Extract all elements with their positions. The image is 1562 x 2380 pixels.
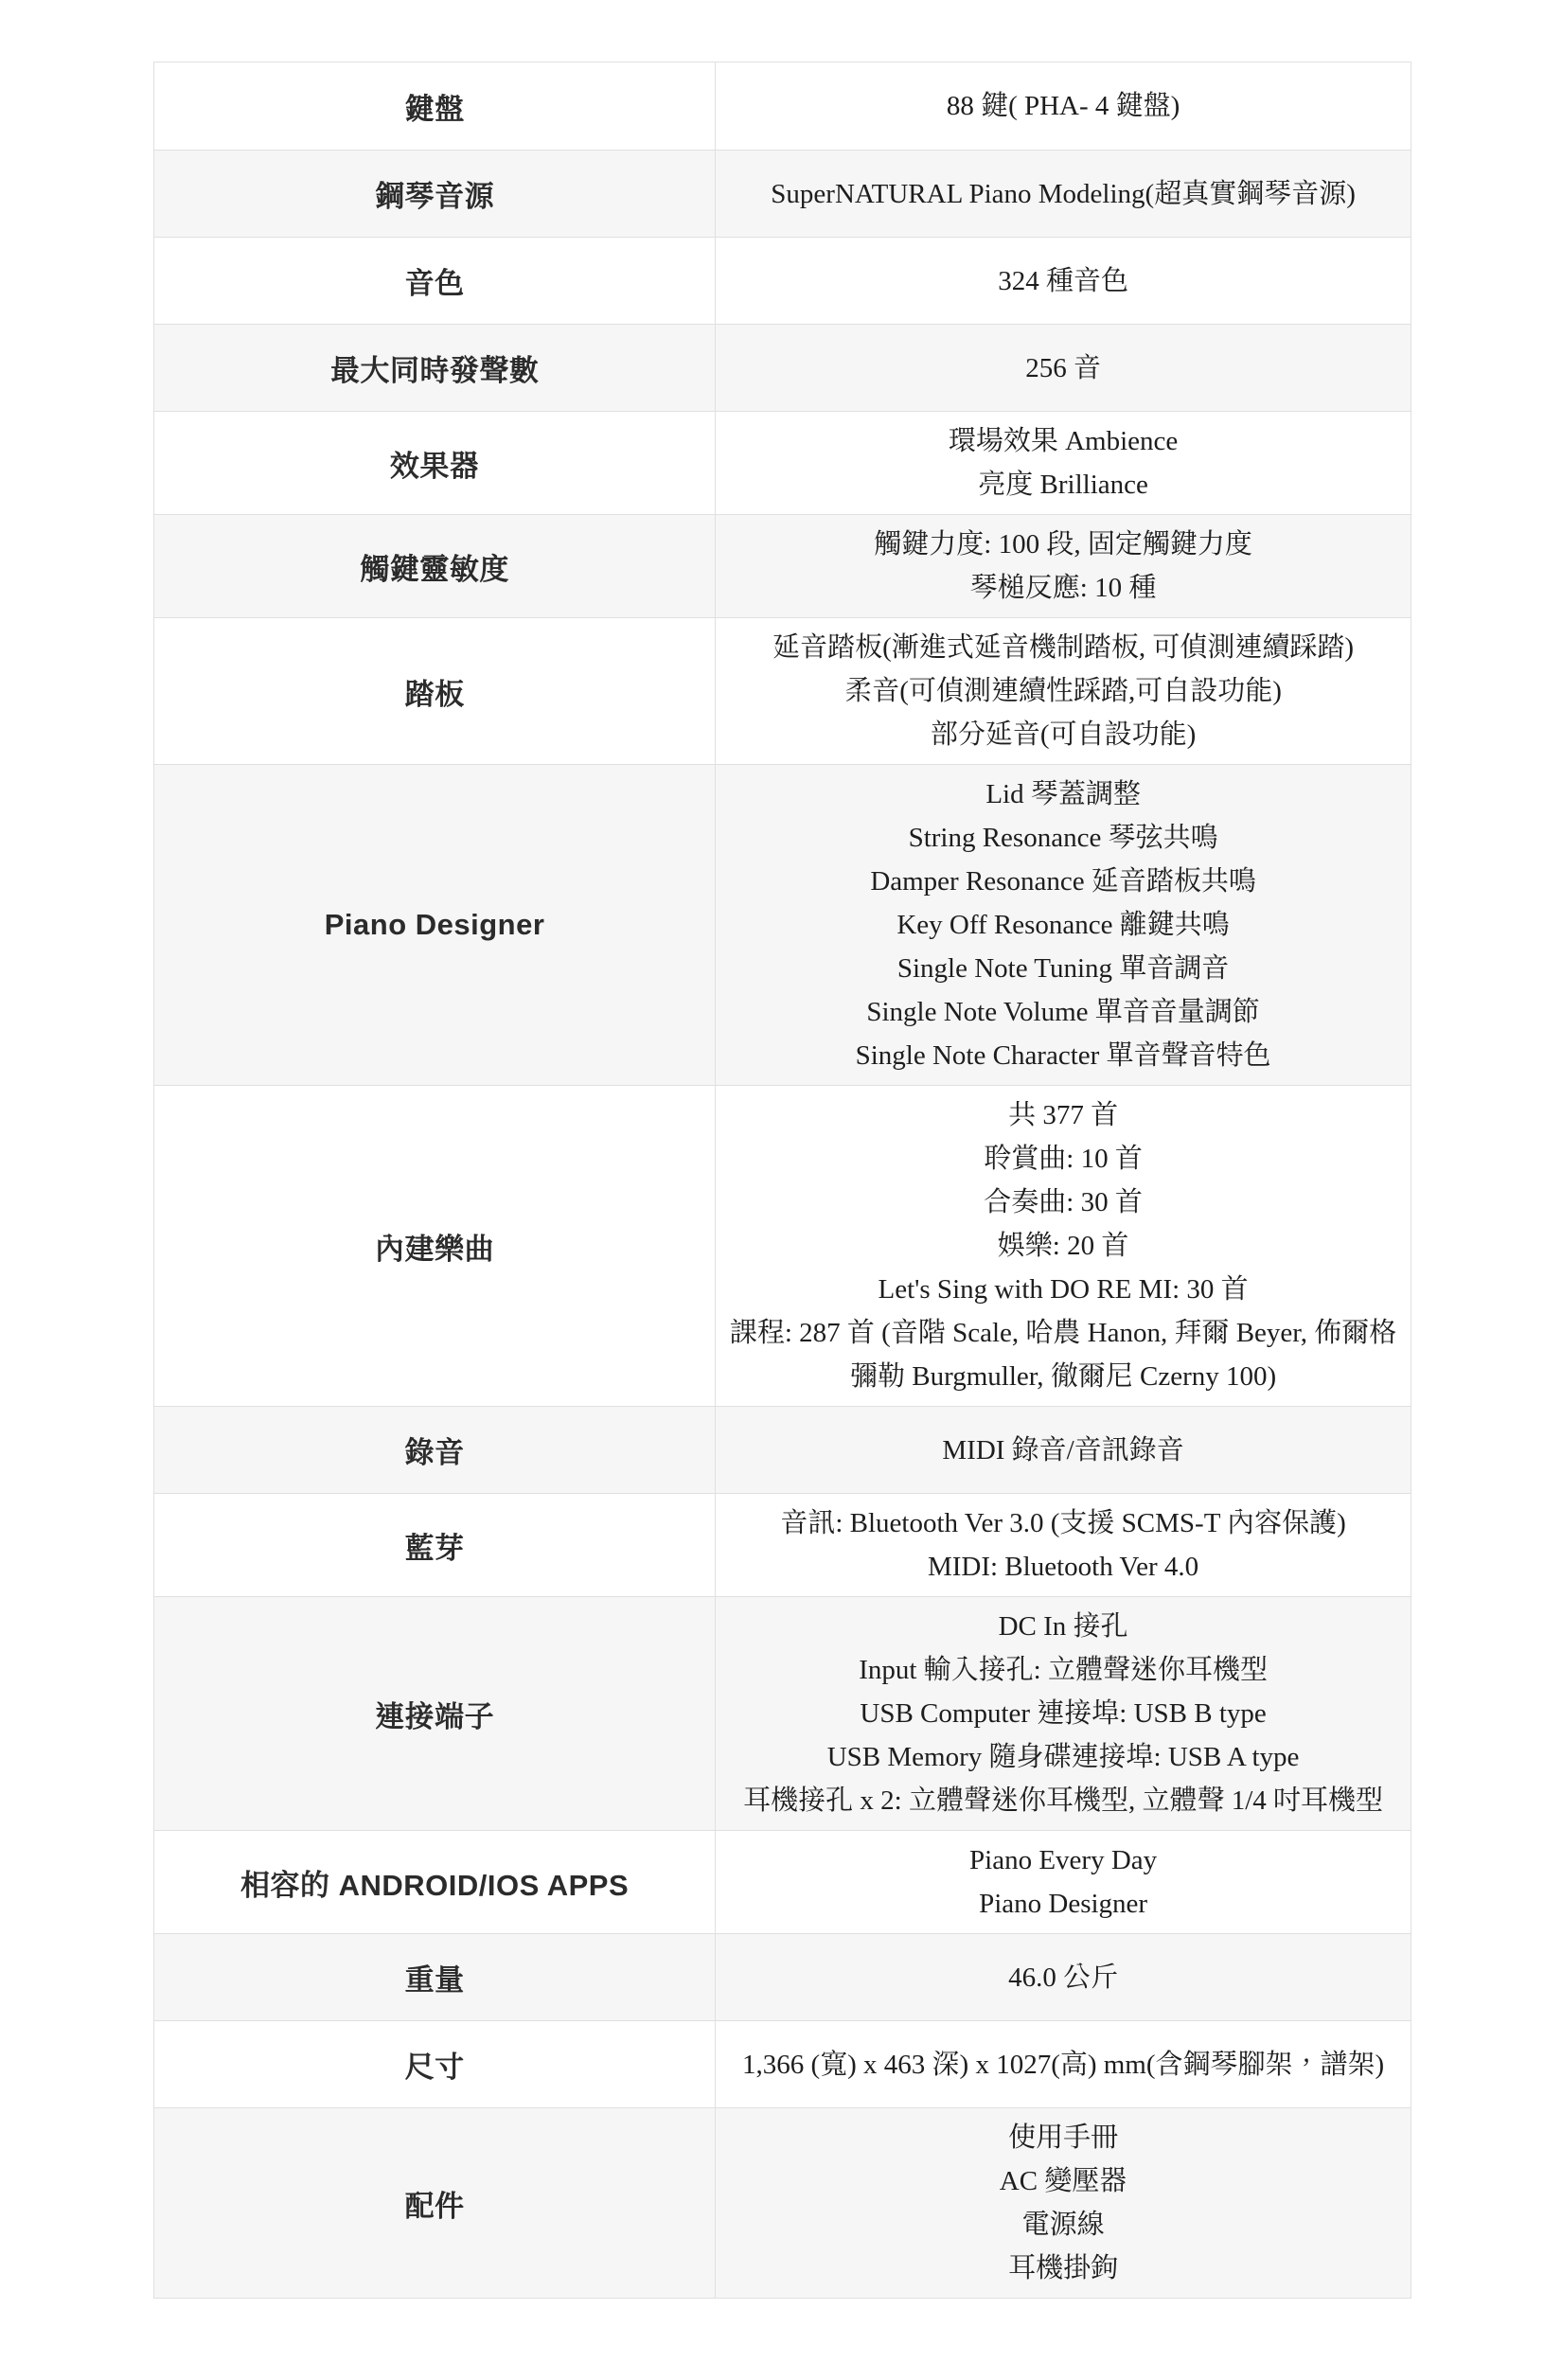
spec-value-line: Piano Every Day	[969, 1838, 1157, 1882]
spec-value: 324 種音色	[716, 238, 1411, 324]
spec-value-line: 亮度 Brilliance	[978, 463, 1148, 506]
spec-value-line: 部分延音(可自設功能)	[931, 713, 1196, 756]
spec-row-sound-engine: 鋼琴音源 SuperNATURAL Piano Modeling(超真實鋼琴音源…	[154, 150, 1411, 237]
spec-value-line: 課程: 287 首 (音階 Scale, 哈農 Hanon, 拜爾 Beyer,…	[725, 1311, 1401, 1398]
spec-label: 觸鍵靈敏度	[154, 515, 716, 617]
spec-value: MIDI 錄音/音訊錄音	[716, 1407, 1411, 1493]
spec-label: 重量	[154, 1934, 716, 2020]
spec-value-line: 聆賞曲: 10 首	[984, 1137, 1143, 1181]
spec-row-compatible-apps: 相容的 ANDROID/IOS APPS Piano Every Day Pia…	[154, 1830, 1411, 1933]
spec-label: 踏板	[154, 618, 716, 764]
spec-row-effects: 效果器 環場效果 Ambience 亮度 Brilliance	[154, 411, 1411, 514]
spec-value: 46.0 公斤	[716, 1934, 1411, 2020]
spec-value: 使用手冊 AC 變壓器 電源線 耳機掛鉤	[716, 2108, 1411, 2298]
spec-value-line: Single Note Tuning 單音調音	[897, 947, 1229, 990]
spec-value: 256 音	[716, 325, 1411, 411]
spec-value: 共 377 首 聆賞曲: 10 首 合奏曲: 30 首 娛樂: 20 首 Let…	[716, 1086, 1411, 1406]
spec-label: 最大同時發聲數	[154, 325, 716, 411]
spec-value-line: 音訊: Bluetooth Ver 3.0 (支援 SCMS-T 內容保護)	[780, 1501, 1345, 1545]
spec-value-line: DC In 接孔	[999, 1605, 1128, 1648]
spec-value-line: MIDI 錄音/音訊錄音	[942, 1429, 1183, 1472]
spec-value-line: 256 音	[1025, 346, 1101, 390]
spec-value: SuperNATURAL Piano Modeling(超真實鋼琴音源)	[716, 151, 1411, 237]
spec-value: 觸鍵力度: 100 段, 固定觸鍵力度 琴槌反應: 10 種	[716, 515, 1411, 617]
spec-value-line: 88 鍵( PHA- 4 鍵盤)	[947, 84, 1180, 128]
piano-spec-table: 鍵盤 88 鍵( PHA- 4 鍵盤) 鋼琴音源 SuperNATURAL Pi…	[153, 62, 1411, 2299]
spec-value-line: String Resonance 琴弦共鳴	[909, 816, 1218, 860]
spec-value-line: 柔音(可偵測連續性踩踏,可自設功能)	[844, 669, 1282, 713]
spec-label: 藍芽	[154, 1494, 716, 1596]
spec-value-line: 合奏曲: 30 首	[984, 1181, 1143, 1224]
spec-value-line: 娛樂: 20 首	[998, 1224, 1129, 1268]
spec-label: 相容的 ANDROID/IOS APPS	[154, 1831, 716, 1933]
spec-label: 內建樂曲	[154, 1086, 716, 1406]
spec-value: Piano Every Day Piano Designer	[716, 1831, 1411, 1933]
spec-label: 效果器	[154, 412, 716, 514]
spec-value: 88 鍵( PHA- 4 鍵盤)	[716, 62, 1411, 150]
spec-value: 延音踏板(漸進式延音機制踏板, 可偵測連續踩踏) 柔音(可偵測連續性踩踏,可自設…	[716, 618, 1411, 764]
spec-value-line: Input 輸入接孔: 立體聲迷你耳機型	[859, 1648, 1268, 1692]
spec-value-line: Piano Designer	[979, 1882, 1147, 1926]
spec-value-line: 使用手冊	[1008, 2116, 1118, 2159]
spec-value-line: MIDI: Bluetooth Ver 4.0	[928, 1545, 1198, 1589]
spec-value-line: 電源線	[1022, 2203, 1105, 2247]
spec-value-line: AC 變壓器	[1000, 2159, 1127, 2203]
spec-label: 鋼琴音源	[154, 151, 716, 237]
spec-row-internal-songs: 內建樂曲 共 377 首 聆賞曲: 10 首 合奏曲: 30 首 娛樂: 20 …	[154, 1085, 1411, 1406]
spec-value: 環場效果 Ambience 亮度 Brilliance	[716, 412, 1411, 514]
spec-value-line: Damper Resonance 延音踏板共鳴	[870, 860, 1256, 903]
spec-value-line: 琴槌反應: 10 種	[970, 566, 1157, 610]
spec-row-keyboard: 鍵盤 88 鍵( PHA- 4 鍵盤)	[154, 62, 1411, 150]
spec-row-bluetooth: 藍芽 音訊: Bluetooth Ver 3.0 (支援 SCMS-T 內容保護…	[154, 1493, 1411, 1596]
spec-row-dimensions: 尺寸 1,366 (寬) x 463 深) x 1027(高) mm(含鋼琴腳架…	[154, 2020, 1411, 2107]
spec-value: DC In 接孔 Input 輸入接孔: 立體聲迷你耳機型 USB Comput…	[716, 1597, 1411, 1830]
spec-value-line: Single Note Character 單音聲音特色	[856, 1034, 1271, 1077]
spec-label: Piano Designer	[154, 765, 716, 1085]
spec-label: 音色	[154, 238, 716, 324]
spec-value: 音訊: Bluetooth Ver 3.0 (支援 SCMS-T 內容保護) M…	[716, 1494, 1411, 1596]
spec-value-line: 324 種音色	[998, 259, 1128, 303]
spec-value-line: Single Note Volume 單音音量調節	[866, 990, 1259, 1034]
spec-row-pedals: 踏板 延音踏板(漸進式延音機制踏板, 可偵測連續踩踏) 柔音(可偵測連續性踩踏,…	[154, 617, 1411, 764]
spec-value-line: Key Off Resonance 離鍵共鳴	[896, 903, 1229, 947]
spec-value: 1,366 (寬) x 463 深) x 1027(高) mm(含鋼琴腳架，譜架…	[716, 2021, 1411, 2107]
spec-row-connectors: 連接端子 DC In 接孔 Input 輸入接孔: 立體聲迷你耳機型 USB C…	[154, 1596, 1411, 1830]
spec-value-line: 1,366 (寬) x 463 深) x 1027(高) mm(含鋼琴腳架，譜架…	[742, 2043, 1384, 2087]
spec-row-piano-designer: Piano Designer Lid 琴蓋調整 String Resonance…	[154, 764, 1411, 1085]
spec-value-line: 環場效果 Ambience	[949, 419, 1178, 463]
page: { "colors": { "row_alt_bg": "#f6f6f6", "…	[0, 0, 1562, 2380]
spec-value-line: Lid 琴蓋調整	[985, 773, 1141, 816]
spec-label: 連接端子	[154, 1597, 716, 1830]
spec-value: Lid 琴蓋調整 String Resonance 琴弦共鳴 Damper Re…	[716, 765, 1411, 1085]
spec-value-line: 共 377 首	[1008, 1093, 1118, 1137]
spec-label: 尺寸	[154, 2021, 716, 2107]
spec-value-line: 46.0 公斤	[1008, 1956, 1118, 1999]
spec-value-line: 耳機接孔 x 2: 立體聲迷你耳機型, 立體聲 1/4 吋耳機型	[743, 1779, 1383, 1822]
spec-row-polyphony: 最大同時發聲數 256 音	[154, 324, 1411, 411]
spec-row-tones: 音色 324 種音色	[154, 237, 1411, 324]
spec-row-accessories: 配件 使用手冊 AC 變壓器 電源線 耳機掛鉤	[154, 2107, 1411, 2298]
spec-value-line: 耳機掛鉤	[1008, 2247, 1118, 2290]
spec-value-line: USB Memory 隨身碟連接埠: USB A type	[827, 1735, 1300, 1779]
spec-row-touch-sensitivity: 觸鍵靈敏度 觸鍵力度: 100 段, 固定觸鍵力度 琴槌反應: 10 種	[154, 514, 1411, 617]
spec-row-weight: 重量 46.0 公斤	[154, 1933, 1411, 2020]
spec-value-line: SuperNATURAL Piano Modeling(超真實鋼琴音源)	[771, 172, 1356, 216]
spec-label: 配件	[154, 2108, 716, 2298]
spec-label: 鍵盤	[154, 62, 716, 150]
spec-value-line: Let's Sing with DO RE MI: 30 首	[879, 1268, 1249, 1311]
spec-label: 錄音	[154, 1407, 716, 1493]
spec-value-line: 觸鍵力度: 100 段, 固定觸鍵力度	[874, 523, 1252, 566]
spec-row-recording: 錄音 MIDI 錄音/音訊錄音	[154, 1406, 1411, 1493]
spec-value-line: 延音踏板(漸進式延音機制踏板, 可偵測連續踩踏)	[772, 626, 1354, 669]
spec-value-line: USB Computer 連接埠: USB B type	[860, 1692, 1266, 1735]
